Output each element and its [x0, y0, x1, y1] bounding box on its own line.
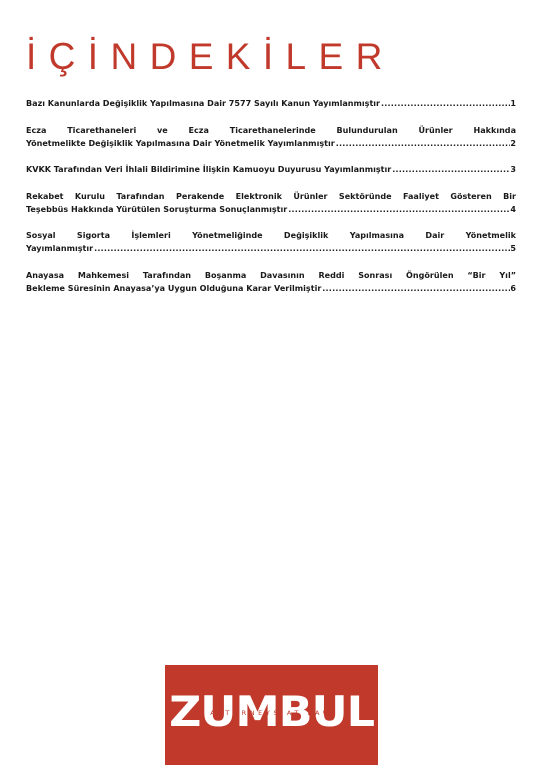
- toc-page-number: 4: [510, 203, 516, 216]
- dot-leader: [336, 137, 511, 150]
- toc-entry-title: Yayımlanmıştır: [26, 242, 93, 255]
- toc-entry-line: KVKK Tarafından Veri İhlali Bildirimine …: [26, 163, 516, 176]
- dot-leader: [392, 163, 510, 176]
- toc-entry[interactable]: Bazı Kanunlarda Değişiklik Yapılmasına D…: [26, 97, 516, 110]
- toc-page-number: 3: [510, 163, 516, 176]
- toc-entry[interactable]: Sosyal Sigorta İşlemleri Yönetmeliğinde …: [26, 229, 516, 255]
- logo-tagline: ATTORNEYS AT LAW: [165, 710, 378, 717]
- toc-entry-line: Yayımlanmıştır 5: [26, 242, 516, 255]
- toc-page-number: 5: [510, 242, 516, 255]
- toc-entry[interactable]: Rekabet Kurulu Tarafından Perakende Elek…: [26, 190, 516, 216]
- toc-entry-line: Bazı Kanunlarda Değişiklik Yapılmasına D…: [26, 97, 516, 110]
- toc-entry-line: Yönetmelikte Değişiklik Yapılmasına Dair…: [26, 137, 516, 150]
- dot-leader: [288, 203, 510, 216]
- table-of-contents: Bazı Kanunlarda Değişiklik Yapılmasına D…: [26, 97, 516, 309]
- toc-entry-title: Teşebbüs Hakkında Yürütülen Soruşturma S…: [26, 203, 287, 216]
- zumbul-logo: ZUMBUL ATTORNEYS AT LAW: [165, 665, 378, 765]
- dot-leader: [381, 97, 510, 110]
- toc-entry-line: Teşebbüs Hakkında Yürütülen Soruşturma S…: [26, 203, 516, 216]
- toc-entry[interactable]: Anayasa Mahkemesi Tarafından Boşanma Dav…: [26, 269, 516, 295]
- toc-entry-title: Bazı Kanunlarda Değişiklik Yapılmasına D…: [26, 97, 380, 110]
- toc-entry[interactable]: KVKK Tarafından Veri İhlali Bildirimine …: [26, 163, 516, 176]
- toc-page-number: 6: [510, 282, 516, 295]
- toc-page-number: 1: [510, 97, 516, 110]
- toc-entry-title-line: Rekabet Kurulu Tarafından Perakende Elek…: [26, 190, 516, 203]
- page-title: İÇİNDEKİLER: [26, 38, 395, 75]
- dot-leader: [94, 242, 510, 255]
- toc-entry-title-line: Sosyal Sigorta İşlemleri Yönetmeliğinde …: [26, 229, 516, 242]
- toc-entry-title: Yönetmelikte Değişiklik Yapılmasına Dair…: [26, 137, 335, 150]
- toc-entry-title-line: Anayasa Mahkemesi Tarafından Boşanma Dav…: [26, 269, 516, 282]
- toc-entry-title: KVKK Tarafından Veri İhlali Bildirimine …: [26, 163, 391, 176]
- toc-entry-title-line: Ecza Ticarethaneleri ve Ecza Ticarethane…: [26, 124, 516, 137]
- toc-entry-line: Bekleme Süresinin Anayasa’ya Uygun Olduğ…: [26, 282, 516, 295]
- toc-entry[interactable]: Ecza Ticarethaneleri ve Ecza Ticarethane…: [26, 124, 516, 150]
- toc-entry-title: Bekleme Süresinin Anayasa’ya Uygun Olduğ…: [26, 282, 321, 295]
- dot-leader: [322, 282, 510, 295]
- toc-page-number: 2: [510, 137, 516, 150]
